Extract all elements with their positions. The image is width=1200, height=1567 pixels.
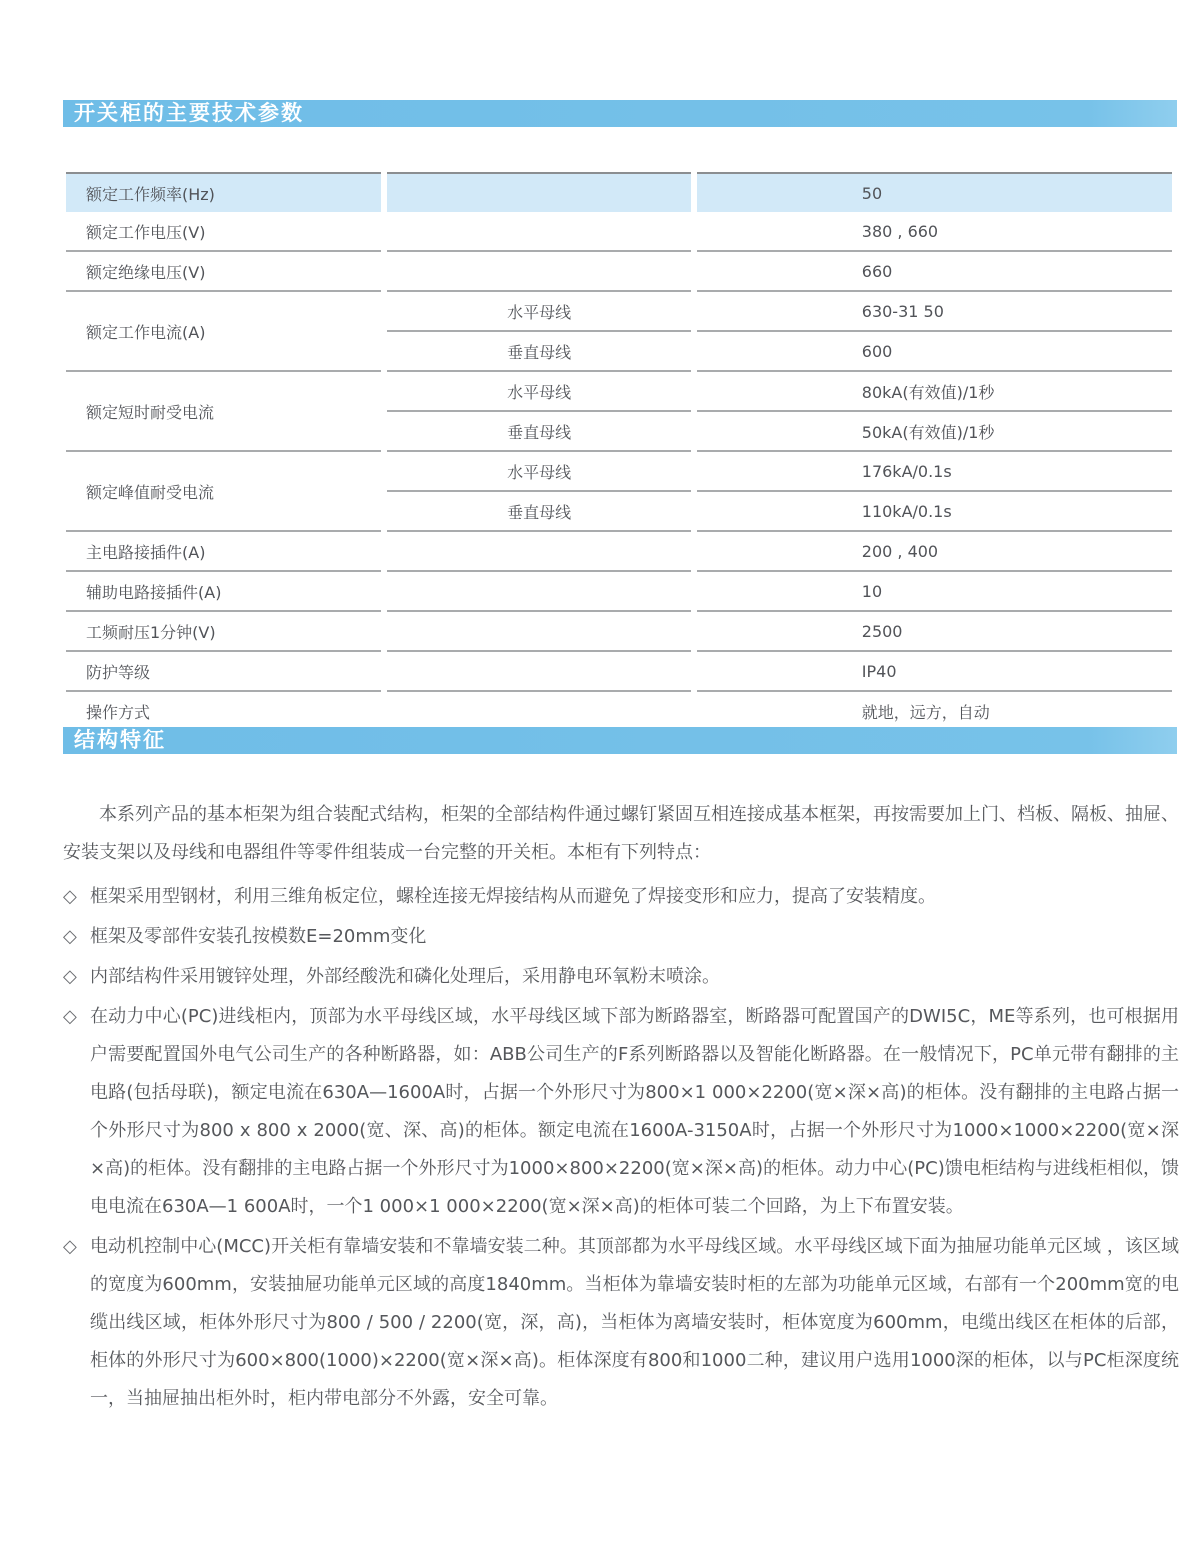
- value-cell: 660: [697, 252, 1172, 292]
- sub-cell: 水平母线: [387, 292, 690, 332]
- table-row: 额定短时耐受电流 水平母线 80kA(有效值)/1秒: [66, 372, 1172, 412]
- table-row: 额定工作电流(A) 水平母线 630-31 50: [66, 292, 1172, 332]
- sub-cell: 水平母线: [387, 452, 690, 492]
- diamond-bullet-icon: ◇: [63, 878, 77, 916]
- value-cell: 10: [697, 572, 1172, 612]
- feature-bullet-text: 框架及零部件安装孔按模数E=20mm变化: [90, 926, 426, 947]
- param-cell: 主电路接插件(A): [66, 532, 381, 572]
- param-cell: 额定工作电压(V): [66, 212, 381, 252]
- section-title-tech-params-label: 开关柜的主要技术参数: [74, 101, 304, 125]
- value-cell: 600: [697, 332, 1172, 372]
- feature-bullet: ◇ 电动机控制中心(MCC)开关柜有靠墙安装和不靠墙安装二种。其顶部都为水平母线…: [63, 1228, 1179, 1418]
- param-cell: 额定绝缘电压(V): [66, 252, 381, 292]
- features-intro-paragraph: 本系列产品的基本柜架为组合装配式结构，柜架的全部结构件通过螺钉紧固互相连接成基本…: [63, 796, 1179, 872]
- sub-cell: [387, 212, 690, 252]
- sub-cell: [387, 572, 690, 612]
- sub-cell: [387, 652, 690, 692]
- section-title-structure-label: 结构特征: [74, 728, 166, 752]
- diamond-bullet-icon: ◇: [63, 958, 77, 996]
- sub-cell: 垂直母线: [387, 412, 690, 452]
- sub-cell: [387, 172, 690, 212]
- table-row: 主电路接插件(A) 200 , 400: [66, 532, 1172, 572]
- param-cell: 辅助电路接插件(A): [66, 572, 381, 612]
- sub-cell: [387, 612, 690, 652]
- feature-bullet-text: 在动力中心(PC)进线柜内，顶部为水平母线区域，水平母线区域下部为断路器室，断路…: [90, 1006, 1179, 1217]
- table-row: 额定峰值耐受电流 水平母线 176kA/0.1s: [66, 452, 1172, 492]
- table-row: 工频耐压1分钟(V) 2500: [66, 612, 1172, 652]
- param-cell: 额定工作频率(Hz): [66, 172, 381, 212]
- param-cell: 工频耐压1分钟(V): [66, 612, 381, 652]
- feature-bullet-text: 内部结构件采用镀锌处理，外部经酸洗和磷化处理后，采用静电环氧粉末喷涂。: [90, 966, 720, 987]
- feature-bullet: ◇ 框架采用型钢材，利用三维角板定位，螺栓连接无焊接结构从而避免了焊接变形和应力…: [63, 878, 1179, 916]
- sub-cell: 垂直母线: [387, 332, 690, 372]
- param-cell: 防护等级: [66, 652, 381, 692]
- value-cell: 200 , 400: [697, 532, 1172, 572]
- document-page: 开关柜的主要技术参数 额定工作频率(Hz) 50 额定工作电压(V) 380 ,…: [0, 0, 1200, 1567]
- table-row: 辅助电路接插件(A) 10: [66, 572, 1172, 612]
- value-cell: 2500: [697, 612, 1172, 652]
- section-title-structure: 结构特征: [63, 727, 1177, 754]
- sub-cell: 水平母线: [387, 372, 690, 412]
- structure-features-text: 本系列产品的基本柜架为组合装配式结构，柜架的全部结构件通过螺钉紧固互相连接成基本…: [63, 796, 1179, 1418]
- tech-params-table: 额定工作频率(Hz) 50 额定工作电压(V) 380 , 660 额定绝缘电压…: [60, 172, 1178, 732]
- sub-cell: 垂直母线: [387, 492, 690, 532]
- param-cell: 额定工作电流(A): [66, 292, 381, 372]
- param-cell: 操作方式: [66, 692, 381, 732]
- value-cell: 80kA(有效值)/1秒: [697, 372, 1172, 412]
- section-title-tech-params: 开关柜的主要技术参数: [63, 100, 1177, 127]
- diamond-bullet-icon: ◇: [63, 1228, 77, 1266]
- table-row: 额定绝缘电压(V) 660: [66, 252, 1172, 292]
- sub-cell: [387, 532, 690, 572]
- feature-bullet-text: 电动机控制中心(MCC)开关柜有靠墙安装和不靠墙安装二种。其顶部都为水平母线区域…: [90, 1236, 1179, 1409]
- table-row: 防护等级 IP40: [66, 652, 1172, 692]
- table-row: 操作方式 就地，远方，自动: [66, 692, 1172, 732]
- sub-cell: [387, 252, 690, 292]
- diamond-bullet-icon: ◇: [63, 998, 77, 1036]
- value-cell: 176kA/0.1s: [697, 452, 1172, 492]
- value-cell: 就地，远方，自动: [697, 692, 1172, 732]
- value-cell: 50: [697, 172, 1172, 212]
- value-cell: 110kA/0.1s: [697, 492, 1172, 532]
- sub-cell: [387, 692, 690, 732]
- table-row: 额定工作频率(Hz) 50: [66, 172, 1172, 212]
- feature-bullet-text: 框架采用型钢材，利用三维角板定位，螺栓连接无焊接结构从而避免了焊接变形和应力，提…: [90, 886, 936, 907]
- value-cell: 630-31 50: [697, 292, 1172, 332]
- value-cell: 380 , 660: [697, 212, 1172, 252]
- feature-bullet: ◇ 在动力中心(PC)进线柜内，顶部为水平母线区域，水平母线区域下部为断路器室，…: [63, 998, 1179, 1226]
- value-cell: IP40: [697, 652, 1172, 692]
- diamond-bullet-icon: ◇: [63, 918, 77, 956]
- param-cell: 额定短时耐受电流: [66, 372, 381, 452]
- feature-bullet: ◇ 内部结构件采用镀锌处理，外部经酸洗和磷化处理后，采用静电环氧粉末喷涂。: [63, 958, 1179, 996]
- table-row: 额定工作电压(V) 380 , 660: [66, 212, 1172, 252]
- feature-bullet: ◇ 框架及零部件安装孔按模数E=20mm变化: [63, 918, 1179, 956]
- param-cell: 额定峰值耐受电流: [66, 452, 381, 532]
- value-cell: 50kA(有效值)/1秒: [697, 412, 1172, 452]
